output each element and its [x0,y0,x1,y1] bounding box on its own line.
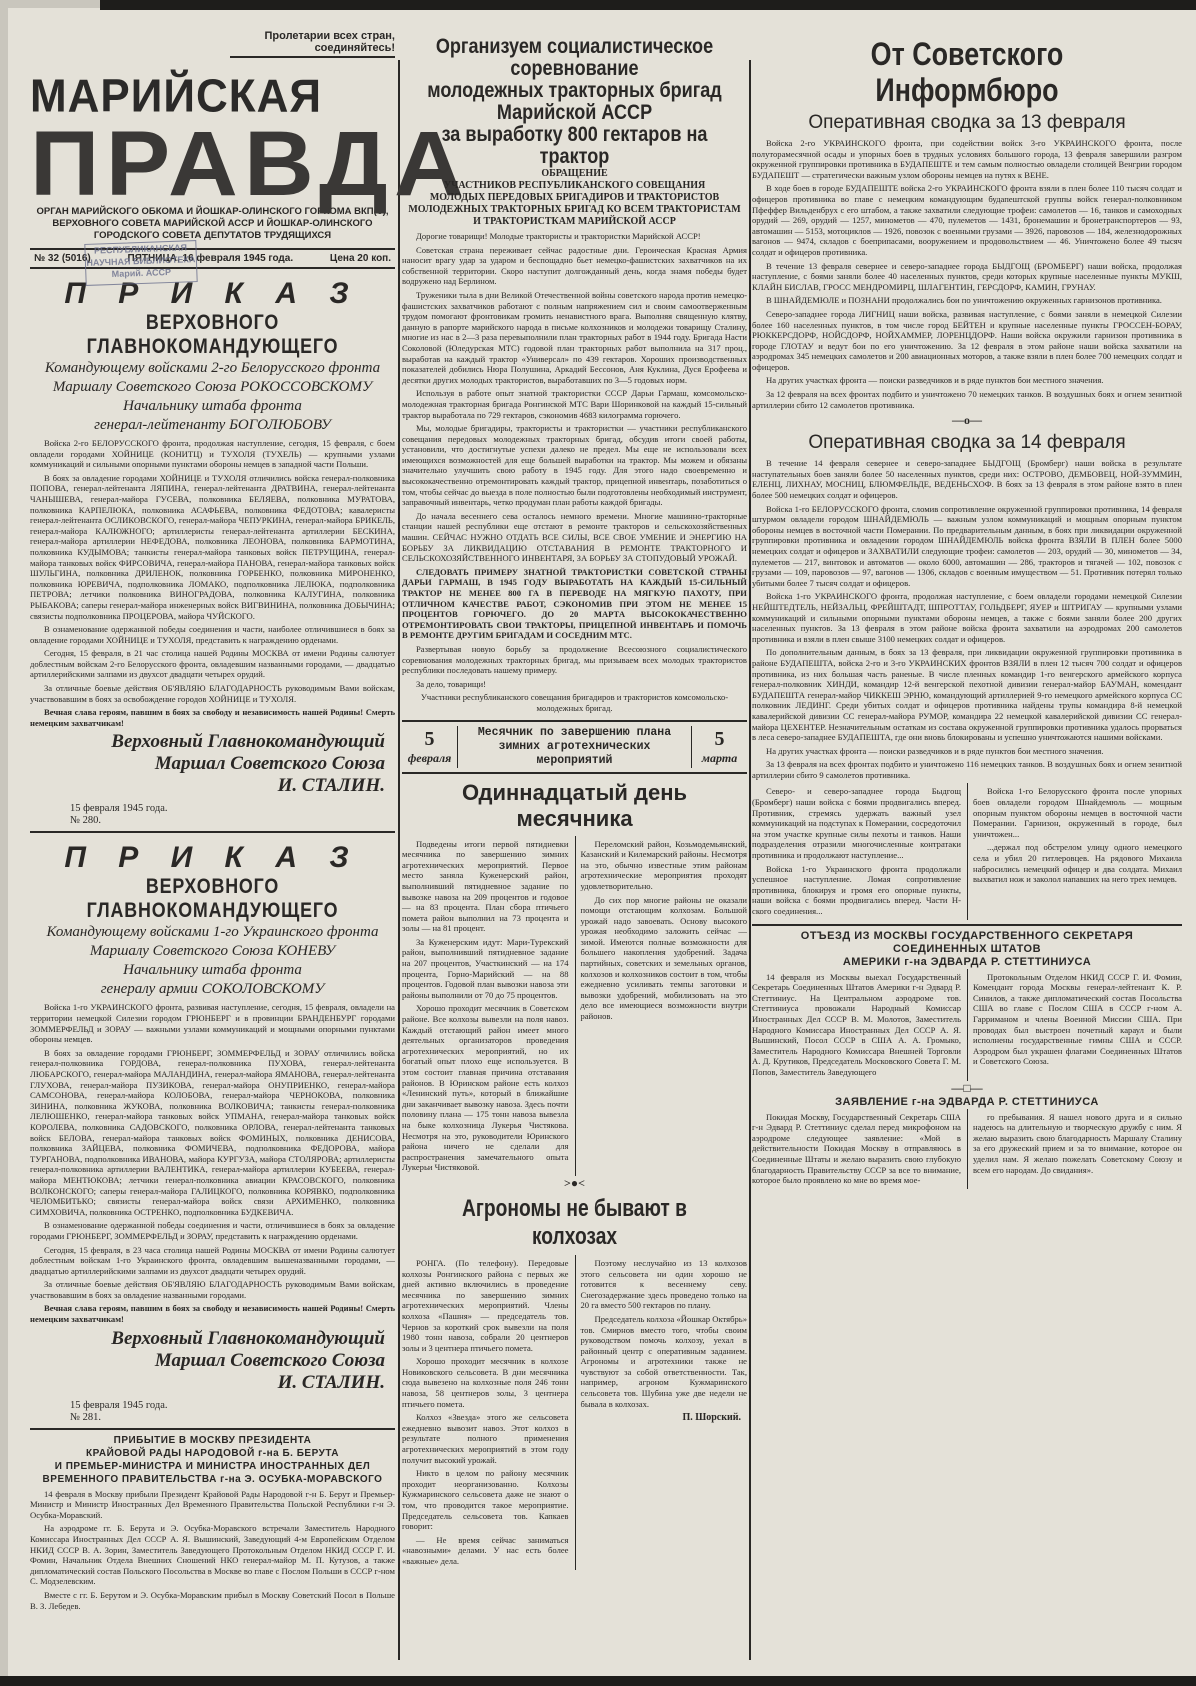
svodka-14-heading: Оперативная сводка за 14 февраля [752,432,1182,454]
order-date: 15 февраля 1945 года. № 281. [70,1400,395,1424]
campaign-title: Месячник по завершению плана зимних агро… [457,726,692,768]
arrival-article: ПРИБЫТИЕ В МОСКВУ ПРЕЗИДЕНТА КРАЙОВОЙ РА… [30,1434,395,1612]
appeal-paragraph: До начала весеннего сева осталось немног… [402,511,747,564]
appeal-paragraph: СЛЕДОВАТЬ ПРИМЕРУ ЗНАТНОЙ ТРАКТОРИСТКИ С… [402,567,747,641]
section-divider [752,924,1182,926]
appeal-paragraph: Используя в работе опыт знатной трактори… [402,388,747,420]
campaign-start: 5 февраля [402,728,457,766]
appeal-paragraph: Советская страна переживает сейчас радос… [402,245,747,287]
ornament: —o— [752,413,1182,428]
bottom-edge-bar [0,1676,1196,1686]
order-paragraph: Вечная слава героям, павшим в боях за св… [30,1303,395,1324]
sovinform-title: От Советского Информбюро [786,36,1147,108]
svodka-13-heading: Оперативная сводка за 13 февраля [752,112,1182,134]
appeal-paragraph: Мы, молодые бригадиры, трактористы и тра… [402,423,747,508]
campaign-box: 5 февраля Месячник по завершению плана з… [402,720,747,774]
section-divider [30,831,395,833]
order-281: П Р И К А З ВЕРХОВНОГО ГЛАВНОКОМАНДУЮЩЕГ… [30,841,395,1423]
appeal-paragraph: Развертывая новую борьбу за продолжение … [402,644,747,676]
order-subheading: ВЕРХОВНОГО ГЛАВНОКОМАНДУЮЩЕГО [57,875,367,923]
order-paragraph: В ознаменование одержанной победы соедин… [30,1220,395,1241]
top-edge-bar [100,0,1196,10]
column-divider [749,60,751,1660]
order-subheading: ВЕРХОВНОГО ГЛАВНОКОМАНДУЮЩЕГО [57,311,367,359]
order-280: П Р И К А З ВЕРХОВНОГО ГЛАВНОКОМАНДУЮЩЕГ… [30,277,395,827]
issue-number: № 32 (5016) [34,253,91,264]
departure-heading: ОТЪЕЗД ИЗ МОСКВЫ ГОСУДАРСТВЕННОГО СЕКРЕТ… [752,930,1182,969]
section-divider [30,1428,395,1430]
campaign-end: 5 марта [692,728,747,766]
order-paragraph: В боях за овладение городами ХОЙНИЦЕ и Т… [30,473,395,621]
right-column: От Советского Информбюро Оперативная сво… [752,36,1182,1189]
masthead-title-line2: ПРАВДА [30,122,413,206]
appeal-signed: Участники республиканского совещания бри… [402,692,747,713]
statement-heading: ЗАЯВЛЕНИЕ г-на ЭДВАРДА Р. СТЕТТИНИУСА [752,1096,1182,1109]
order-date: 15 февраля 1945 года. № 280. [70,803,395,827]
appeal-subtitle: ОБРАЩЕНИЕ УЧАСТНИКОВ РЕСПУБЛИКАНСКОГО СО… [402,168,747,228]
order-paragraph: Войска 2-го БЕЛОРУССКОГО фронта, продолж… [30,438,395,470]
arrival-paragraph: 14 февраля в Москву прибыли Президент Кр… [30,1489,395,1521]
order-address: Командующему войсками 2-го Белорусского … [30,359,395,435]
appeal-article: Организуем социалистическое соревнование… [402,36,747,714]
day-article: Одиннадцатый день месячника Подведены ит… [402,780,747,1176]
library-stamp: РЕСПУБЛИКАНСКАЯ НАУЧНАЯ БИБЛИОТЕКА Марий… [84,240,197,286]
order-signature: Верховный Главнокомандующий Маршал Совет… [30,1328,385,1394]
appeal-paragraph: Труженики тыла в дни Великой Отечественн… [402,290,747,385]
appeal-paragraph: За дело, товарищи! [402,679,747,690]
agronomists-article: >●< Агрономы не бывают в колхозах РОНГА.… [402,1176,747,1570]
order-paragraph: Вечная слава героям, павшим в боях за св… [30,707,395,728]
order-address: Командующему войсками 1-го Украинского ф… [30,923,395,999]
appeal-title: Организуем социалистическое соревнование… [426,36,723,168]
order-paragraph: Сегодня, 15 февраля, в 21 час столица на… [30,648,395,680]
agronomists-title: Агрономы не бывают в колхозах [437,1195,713,1251]
arrival-paragraph: Вместе с гг. Б. Берутом и Э. Осубка-Мора… [30,1590,395,1611]
order-heading: П Р И К А З [30,841,395,875]
issue-price: Цена 20 коп. [330,253,391,264]
order-signature: Верховный Главнокомандующий Маршал Совет… [30,731,385,797]
order-paragraph: За отличные боевые действия ОБ'ЯВЛЯЮ БЛА… [30,1279,395,1300]
ornament: —□— [752,1081,1182,1096]
day-article-title: Одиннадцатый день месячника [402,780,747,832]
order-paragraph: Войска 1-го УКРАИНСКОГО фронта, развивая… [30,1002,395,1044]
ornament: >●< [402,1176,747,1191]
arrival-heading: ПРИБЫТИЕ В МОСКВУ ПРЕЗИДЕНТА КРАЙОВОЙ РА… [30,1434,395,1486]
middle-column: Организуем социалистическое соревнование… [402,36,747,1570]
column-divider [398,60,400,1660]
appeal-paragraph: Дорогие товарищи! Молодые трактористы и … [402,231,747,242]
departure-article: ОТЪЕЗД ИЗ МОСКВЫ ГОСУДАРСТВЕННОГО СЕКРЕТ… [752,930,1182,1081]
statement-article: —□— ЗАЯВЛЕНИЕ г-на ЭДВАРДА Р. СТЕТТИНИУС… [752,1081,1182,1189]
order-paragraph: За отличные боевые действия ОБ'ЯВЛЯЮ БЛА… [30,683,395,704]
article-author: П. Шорский. [581,1412,742,1423]
order-paragraph: В боях за овладение городами ГРЮНБЕРГ, З… [30,1048,395,1218]
arrival-paragraph: На аэродроме гг. Б. Берута и Э. Осубка-М… [30,1523,395,1587]
slogan: Пролетарии всех стран, соединяйтесь! [230,30,395,58]
order-paragraph: В ознаменование одержанной победы соедин… [30,624,395,645]
order-paragraph: Сегодня, 15 февраля, в 23 часа столица н… [30,1245,395,1277]
